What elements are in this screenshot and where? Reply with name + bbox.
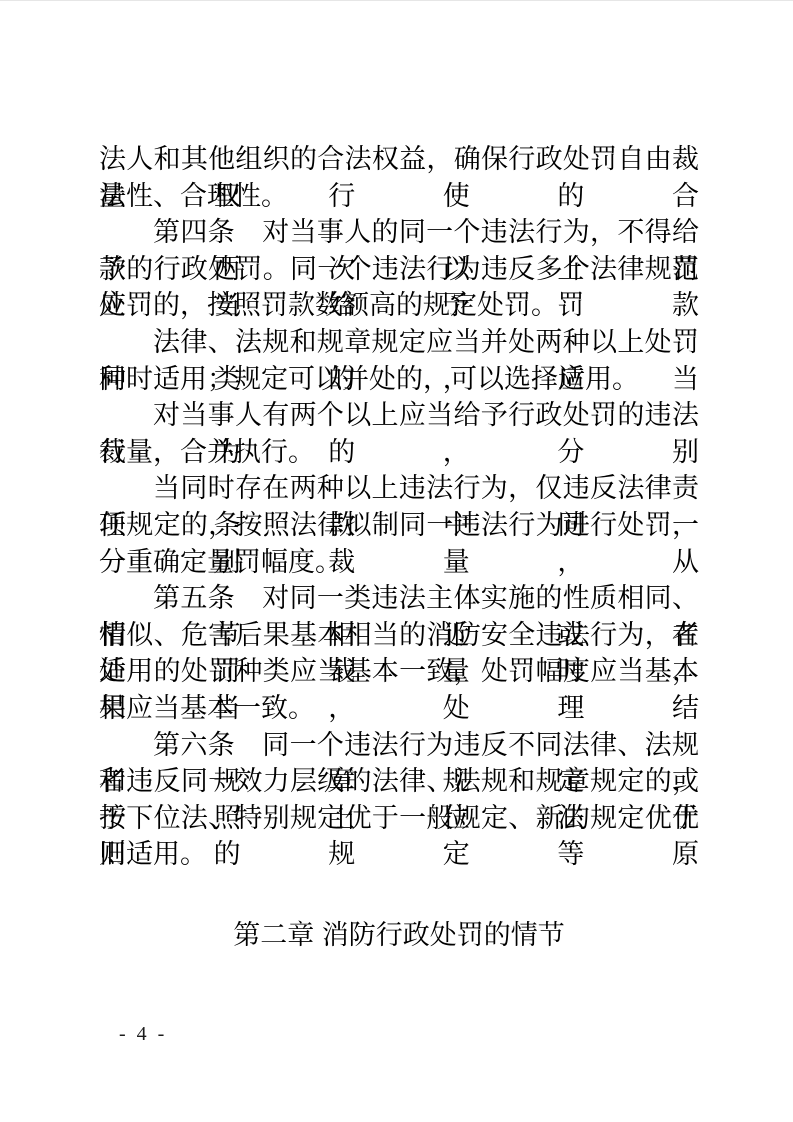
text-line: 对当事人有两个以上应当给予行政处罚的违法行为的，分别 bbox=[99, 397, 699, 434]
text-line: 于下位法、特别规定优于一般规定、新的规定优于旧的规定等原 bbox=[99, 800, 699, 837]
text-line: 当同时存在两种以上违法行为，仅违反法律责任条款中同一 bbox=[99, 470, 699, 507]
text-line: 项规定的，按照法律拟制同一违法行为进行处罚，分别裁量，从 bbox=[99, 507, 699, 544]
text-line: 法律、法规和规章规定应当并处两种以上处罚种类的，应当 bbox=[99, 324, 699, 361]
document-page: 法人和其他组织的合法权益，确保行政处罚自由裁量权行使的合 法性、合理性。 第四条… bbox=[0, 0, 793, 1122]
document-body: 法人和其他组织的合法权益，确保行政处罚自由裁量权行使的合 法性、合理性。 第四条… bbox=[99, 141, 699, 953]
text-line: 者违反同一效力层级的法律、法规和规章规定的，按照上位法优 bbox=[99, 763, 699, 800]
text-line: 款的行政处罚。同一个违法行为违反多个法律规范应当给予罚款 bbox=[99, 251, 699, 288]
paragraph-article-6: 第六条 同一个违法行为违反不同法律、法规和规章规定或 者违反同一效力层级的法律、… bbox=[99, 727, 699, 873]
text-line: 第五条 对同一类违法主体实施的性质相同、情节相近或者 bbox=[99, 580, 699, 617]
text-line: 适用的处罚种类应当基本一致，处罚幅度应当基本相当，处理结 bbox=[99, 653, 699, 690]
text-line: 第六条 同一个违法行为违反不同法律、法规和规章规定或 bbox=[99, 727, 699, 764]
paragraph-continuation: 法人和其他组织的合法权益，确保行政处罚自由裁量权行使的合 法性、合理性。 bbox=[99, 141, 699, 214]
page-number: - 4 - bbox=[119, 1022, 164, 1046]
paragraph-article-4-clause-2: 法律、法规和规章规定应当并处两种以上处罚种类的，应当 同时适用；规定可以并处的，… bbox=[99, 324, 699, 397]
text-line: 同时适用；规定可以并处的，可以选择适用。 bbox=[99, 361, 699, 398]
paragraph-article-4-clause-3: 对当事人有两个以上应当给予行政处罚的违法行为的，分别 裁量，合并执行。 bbox=[99, 397, 699, 470]
paragraph-article-4-clause-4: 当同时存在两种以上违法行为，仅违反法律责任条款中同一 项规定的，按照法律拟制同一… bbox=[99, 470, 699, 580]
page-top-edge-line bbox=[0, 0, 793, 1]
text-line: 法人和其他组织的合法权益，确保行政处罚自由裁量权行使的合 bbox=[99, 141, 699, 178]
paragraph-article-5: 第五条 对同一类违法主体实施的性质相同、情节相近或者 相似、危害后果基本相当的消… bbox=[99, 580, 699, 726]
text-line: 第四条 对当事人的同一个违法行为，不得给予两次以上罚 bbox=[99, 214, 699, 251]
text-line: 相似、危害后果基本相当的消防安全违法行为，在处罚裁量时， bbox=[99, 617, 699, 654]
paragraph-article-4: 第四条 对当事人的同一个违法行为，不得给予两次以上罚 款的行政处罚。同一个违法行… bbox=[99, 214, 699, 324]
chapter-heading: 第二章 消防行政处罚的情节 bbox=[99, 917, 699, 954]
